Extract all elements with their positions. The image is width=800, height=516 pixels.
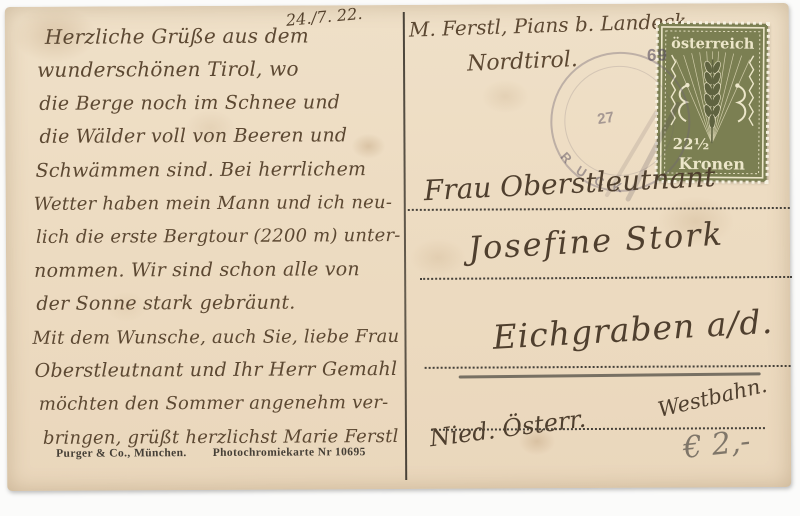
stamp-country-label: österreich (671, 35, 755, 53)
address-line-3b: Westbahn. (656, 373, 770, 422)
handwritten-message: Herzliche Grüße aus dem wunderschönen Ti… (31, 19, 405, 455)
message-line: Wetter haben mein Mann und ich neu- (34, 186, 404, 221)
message-line: die Wälder voll von Beeren und (39, 119, 403, 154)
message-line: die Berge noch im Schnee und (39, 86, 403, 121)
message-line: möchten den Sommer angenehm ver- (39, 386, 405, 421)
address-ruled-line-2 (420, 276, 792, 280)
message-line: Schwämmen sind. Bei herrlichem (36, 153, 404, 188)
postmark-inner-circle (564, 66, 675, 177)
message-line: wunderschönen Tirol, wo (37, 52, 403, 87)
postcard: 24./7. 22. Herzliche Grüße aus dem wunde… (5, 3, 792, 491)
sender-line-2: Nordtirol. (467, 47, 579, 76)
message-line: nommen. Wir sind schon alle von (34, 253, 404, 288)
scanned-postcard-back: { "postcard": { "date": "24./7. 22.", "m… (0, 0, 800, 516)
handwritten-underline (459, 372, 761, 378)
message-line: Herzliche Grüße aus dem (45, 19, 403, 54)
address-ruled-line-3 (425, 365, 791, 369)
publisher-name: Purger & Co., München. (56, 447, 187, 460)
pencil-price-note: € 2,- (681, 424, 752, 466)
address-line-3: Eichgraben a/d. (492, 302, 775, 357)
address-line-2: Josefine Stork (467, 215, 725, 268)
postmark-number-top: 69 (647, 46, 668, 66)
address-line-4: Nied. Österr. (428, 405, 588, 453)
sender-line-1: M. Ferstl, Pians b. Landeck (409, 9, 687, 42)
address-ruled-line-1 (408, 207, 790, 211)
message-line: Oberstleutnant und Ihr Herr Gemahl (35, 353, 405, 388)
address-line-1: Frau Oberstleutnant (423, 160, 716, 207)
publisher-imprint: Purger & Co., München.Photochromiekarte … (56, 446, 366, 460)
message-line: der Sonne stark gebräunt. (36, 286, 404, 321)
message-line: Mit dem Wunsche, auch Sie, liebe Frau (32, 319, 404, 354)
message-line: lich die erste Bergtour (2200 m) unter- (36, 219, 404, 254)
card-number: Photochromiekarte Nr 10695 (213, 446, 366, 459)
postmark-number-mid: 27 (596, 109, 615, 128)
